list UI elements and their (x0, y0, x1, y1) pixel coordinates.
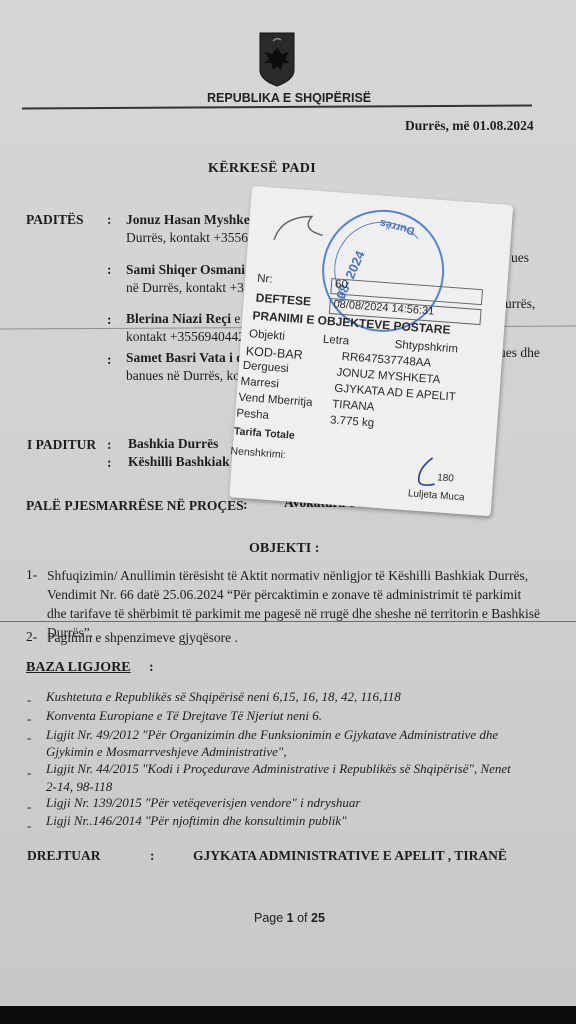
law-item: Ligjit Nr. 49/2012 "Për Organizimin dhe … (46, 727, 498, 743)
plaintiff-2: Sami Shiqer Osmani i d (126, 262, 262, 278)
document-page: REPUBLIKA E SHQIPËRISË Durrës, më 01.08.… (0, 0, 576, 1008)
receipt-row-label: Vend Mberritja (238, 392, 313, 409)
receipt-signature-code: 180 (437, 472, 454, 484)
addressed-label: DREJTUAR (27, 848, 101, 864)
law-item: Ligji Nr. 139/2015 "Për vetëqeverisjen v… (46, 795, 360, 811)
objekti-item-number: 2- (26, 629, 37, 645)
receipt-nr-value: 60 (335, 278, 349, 291)
plaintiff-4-overflow: ues dhe (499, 345, 540, 361)
defendant-colon: : (107, 437, 112, 453)
receipt-signer-name: Luljeta Muca (407, 488, 464, 503)
plaintiffs-label: PADITËS (26, 212, 84, 228)
stamp-emblem-icon (270, 210, 332, 250)
objekti-line: Shfuqizimin/ Anullimin tërësisht të Akti… (47, 566, 540, 585)
bullet: - (27, 730, 31, 746)
objekti-line: Pagimin e shpenzimeve gjyqësore . (47, 628, 238, 647)
plaintiff-2-details: në Durrës, kontakt +355 (126, 280, 257, 296)
bullet: - (27, 711, 31, 727)
receipt-row-value: TIRANA (332, 398, 375, 413)
objekti-item-number: 1- (26, 567, 37, 583)
defendants-label: I PADITUR (27, 437, 96, 453)
page-number: Page 1 of 25 (254, 911, 325, 925)
plaintiff-3: Blerina Niazi Reçi e d (126, 311, 250, 327)
bullet: - (27, 799, 31, 815)
baza-ligjore-heading: BAZA LIGJORE (26, 660, 131, 676)
bullet: - (27, 818, 31, 834)
objekti-line: Vendimit Nr. 66 datë 25.06.2024 “Për për… (47, 585, 540, 604)
republic-heading: REPUBLIKA E SHQIPËRISË (207, 91, 371, 105)
plaintiff-4: Samet Basri Vata i d (126, 350, 244, 366)
plaintiff-1-details: Durrës, kontakt +355672( (126, 230, 266, 246)
law-item-cont: Gjykimin e Mosmarrveshjeve Administrativ… (46, 744, 287, 760)
receipt-row-label: Objekti (249, 328, 286, 343)
defendant-2: Këshilli Bashkiak . (128, 454, 236, 470)
receipt-title-1: DEFTESE (255, 291, 311, 309)
plaintiff-3-overflow: urrës, (505, 296, 535, 312)
desk-surface (0, 1006, 576, 1024)
plaintiff-colon: : (107, 312, 112, 328)
postal-receipt: Durrës -08- 2024 Nr: 60 DEFTESE 08/08/20… (229, 186, 513, 516)
albanian-coat-of-arms-icon (259, 32, 295, 87)
addressed-court: GJYKATA ADMINISTRATIVE E APELIT , TIRANË (193, 848, 507, 864)
participant-label: PALË PJESMARRËSE NË PROÇES (26, 498, 244, 514)
law-item: Kushtetuta e Republikës së Shqipërisë ne… (46, 689, 401, 705)
receipt-row-label: KOD-BAR (245, 344, 303, 362)
receipt-total-label: Tarifa Totale (234, 425, 296, 441)
baza-ligjore-colon: : (149, 660, 154, 676)
bullet: - (27, 765, 31, 781)
receipt-row-label: Pesha (236, 407, 269, 421)
receipt-row-value: 3.775 kg (330, 414, 375, 429)
plaintiff-3-details: kontakt +35569404425 (126, 329, 252, 345)
bullet: - (27, 692, 31, 708)
plaintiff-colon: : (107, 352, 112, 368)
plaintiff-4-details: banues në Durrës, ko (126, 368, 240, 384)
plaintiff-colon: : (107, 212, 112, 228)
addressed-colon: : (150, 848, 155, 864)
law-item-cont: 2-14, 98-118 (46, 779, 112, 795)
receipt-row-value: Letra (323, 334, 350, 348)
document-title: KËRKESË PADI (208, 161, 316, 177)
objekti-heading: OBJEKTI : (249, 541, 319, 557)
header-divider (22, 104, 532, 109)
defendant-1: Bashkia Durrës (128, 436, 218, 452)
document-date: Durrës, më 01.08.2024 (405, 118, 534, 134)
participant-colon: : (243, 497, 248, 513)
receipt-row-value: RR647537748AA (341, 351, 431, 370)
objekti-item-2: Pagimin e shpenzimeve gjyqësore . (47, 628, 238, 647)
plaintiff-1: Jonuz Hasan Myshketa i (126, 212, 268, 228)
fold-line (0, 621, 576, 622)
plaintiff-2-overflow: ues (511, 250, 529, 266)
receipt-nr-label: Nr: (257, 273, 273, 286)
plaintiff-colon: : (107, 262, 112, 278)
defendant-colon: : (107, 455, 112, 471)
receipt-row-extra: Shtypshkrim (394, 339, 458, 356)
receipt-signature-label: Nenshkrimi: (230, 445, 286, 461)
receipt-row-label: Derguesi (242, 360, 289, 375)
receipt-row-label: Marresi (240, 376, 279, 391)
law-item: Ligjit Nr. 44/2015 "Kodi i Proçedurave A… (46, 761, 511, 777)
law-item: Ligji Nr..146/2014 "Për njoftimin dhe ko… (46, 813, 347, 829)
signature-icon (408, 454, 440, 490)
law-item: Konventa Europiane e Të Drejtave Të Njer… (46, 708, 322, 724)
